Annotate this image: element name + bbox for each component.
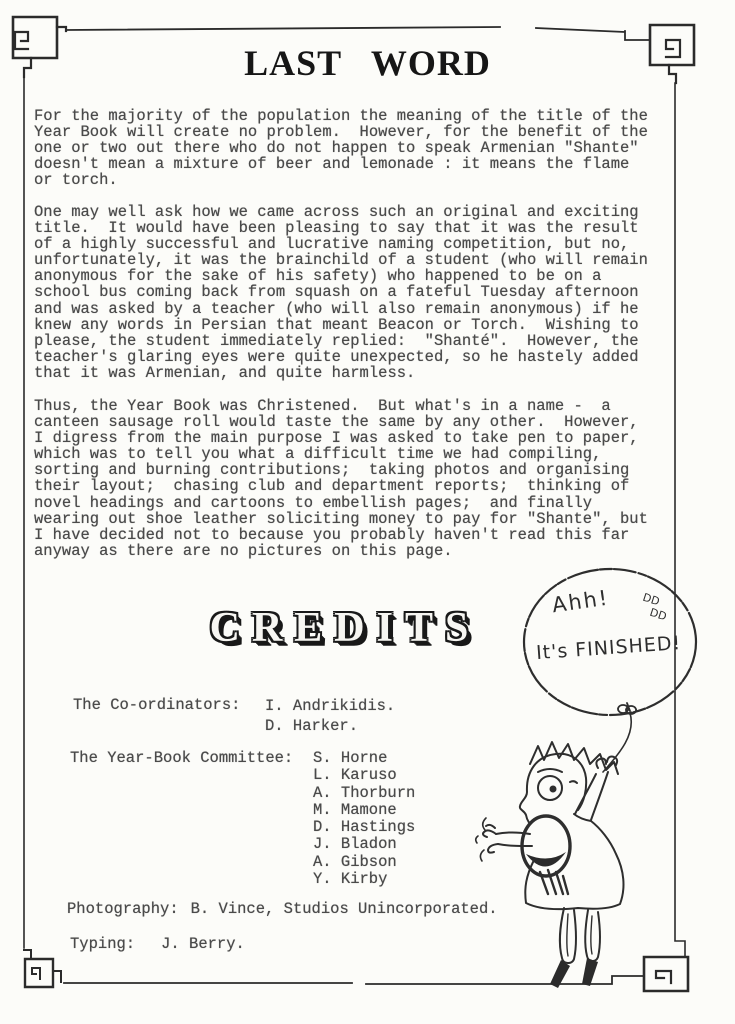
photography-credit: B. Vince, Studios Unincorporated.: [191, 901, 498, 918]
balloon-marks-bottom: DD: [648, 606, 668, 624]
typing-credit: J. Berry.: [161, 936, 245, 953]
corner-ornament-bottom-left-icon: [24, 950, 61, 987]
balloon-icon: [524, 569, 696, 772]
coordinator-name: D. Harker.: [265, 717, 395, 737]
typing-section: Typing: J. Berry.: [70, 936, 245, 953]
photography-section: Photography: B. Vince, Studios Unincorpo…: [67, 901, 498, 918]
committee-member: M. Mamone: [313, 802, 415, 819]
page-title: LAST WORD: [0, 42, 735, 84]
committee-section: The Year-Book Committee: S. Horne L. Kar…: [70, 750, 415, 888]
paragraph-intro: For the majority of the population the m…: [34, 108, 674, 188]
border-top-line: [66, 27, 650, 40]
coordinators-section: The Co-ordinators: I. Andrikidis. D. Har…: [73, 697, 395, 736]
committee-label: The Year-Book Committee:: [70, 750, 313, 767]
yearbook-last-word-page: LAST WORD For the majority of the popula…: [0, 0, 735, 1024]
committee-member: A. Thorburn: [313, 785, 415, 802]
typing-label: Typing:: [70, 936, 135, 953]
coordinators-label: The Co-ordinators:: [73, 697, 265, 714]
committee-member: A. Gibson: [313, 854, 415, 871]
paragraph-title-origin: One may well ask how we came across such…: [34, 204, 674, 381]
committee-member: J. Bladon: [313, 836, 415, 853]
photography-label: Photography:: [67, 901, 179, 918]
screaming-figure-icon: [476, 742, 624, 988]
committee-member: L. Karuso: [313, 767, 415, 784]
committee-member: S. Horne: [313, 750, 415, 767]
paragraph-closing: Thus, the Year Book was Christened. But …: [34, 398, 674, 559]
coordinator-name: I. Andrikidis.: [265, 697, 395, 717]
balloon-text-line1: Ahh!: [551, 586, 611, 618]
committee-member: Y. Kirby: [313, 871, 415, 888]
committee-member: D. Hastings: [313, 819, 415, 836]
balloon-text-line2: It's FINISHED!: [535, 632, 681, 664]
balloon-figure-illustration: Ahh! DD DD It's FINISHED!: [460, 558, 735, 1024]
